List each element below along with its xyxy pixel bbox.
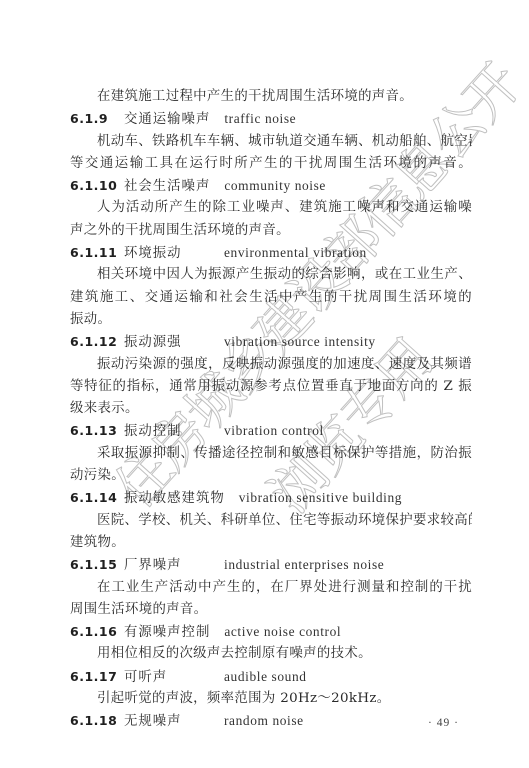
paragraph-line: 机动车、铁路机车车辆、城市轨道交通车辆、机动船舶、航空器 bbox=[70, 131, 472, 153]
term-number: 6.1.11 bbox=[70, 242, 120, 264]
term-number: 6.1.15 bbox=[70, 554, 120, 576]
term-english: vibration source intensity bbox=[224, 331, 376, 353]
paragraph-line: 建筑施工、交通运输和社会生活中产生的干扰周围生活环境的 bbox=[70, 287, 472, 309]
term-chinese: 厂界噪声 bbox=[124, 555, 224, 576]
paragraph-line: 相关环境中因人为振源产生振动的综合影响，或在工业生产、 bbox=[70, 264, 472, 286]
term-english: community noise bbox=[224, 175, 326, 197]
term-english: random noise bbox=[224, 710, 304, 732]
paragraph-line: 等交通运输工具在运行时所产生的干扰周围生活环境的声音。 bbox=[70, 153, 472, 175]
term-heading-6-1-11: 6.1.11 环境振动 environmental vibration bbox=[70, 242, 472, 264]
paragraph-line: 周围生活环境的声音。 bbox=[70, 599, 472, 621]
term-heading-6-1-12: 6.1.12 振动源强 vibration source intensity bbox=[70, 331, 472, 353]
paragraph-line: 在工业生产活动中产生的，在厂界处进行测量和控制的干扰 bbox=[70, 577, 472, 599]
paragraph-line: 在建筑施工过程中产生的干扰周围生活环境的声音。 bbox=[70, 86, 472, 108]
paragraph-line: 振动污染源的强度，反映振动源强度的加速度、速度及其频谱 bbox=[70, 354, 472, 376]
term-number: 6.1.16 bbox=[70, 621, 120, 643]
term-chinese: 振动敏感建筑物 bbox=[124, 488, 239, 509]
term-english: audible sound bbox=[224, 666, 307, 688]
term-chinese: 社会生活噪声 bbox=[124, 176, 224, 197]
term-heading-6-1-15: 6.1.15 厂界噪声 industrial enterprises noise bbox=[70, 554, 472, 576]
paragraph-line: 人为活动所产生的除工业噪声、建筑施工噪声和交通运输噪 bbox=[70, 197, 472, 219]
term-chinese: 交通运输噪声 bbox=[124, 109, 224, 130]
term-heading-6-1-16: 6.1.16 有源噪声控制 active noise control bbox=[70, 621, 472, 643]
term-number: 6.1.17 bbox=[70, 666, 120, 688]
page-number: · 49 · bbox=[428, 717, 459, 729]
paragraph-line: 级来表示。 bbox=[70, 398, 472, 420]
term-chinese: 振动控制 bbox=[124, 421, 224, 442]
term-heading-6-1-17: 6.1.17 可听声 audible sound bbox=[70, 666, 472, 688]
term-heading-6-1-18: 6.1.18 无规噪声 random noise bbox=[70, 710, 472, 732]
paragraph-line: 建筑物。 bbox=[70, 532, 472, 554]
term-chinese: 有源噪声控制 bbox=[124, 622, 224, 643]
term-heading-6-1-10: 6.1.10 社会生活噪声 community noise bbox=[70, 175, 472, 197]
paragraph-line: 用相位相反的次级声去控制原有噪声的技术。 bbox=[70, 643, 472, 665]
term-heading-6-1-14: 6.1.14 振动敏感建筑物 vibration sensitive build… bbox=[70, 487, 472, 509]
term-english: vibration control bbox=[224, 420, 324, 442]
term-heading-6-1-13: 6.1.13 振动控制 vibration control bbox=[70, 420, 472, 442]
term-heading-6-1-9: 6.1.9 交通运输噪声 traffic noise bbox=[70, 108, 472, 130]
term-chinese: 可听声 bbox=[124, 667, 224, 688]
paragraph-line: 声之外的干扰周围生活环境的声音。 bbox=[70, 220, 472, 242]
term-chinese: 无规噪声 bbox=[124, 711, 224, 732]
term-chinese: 振动源强 bbox=[124, 332, 224, 353]
term-english: industrial enterprises noise bbox=[224, 554, 384, 576]
paragraph-line: 振动。 bbox=[70, 309, 472, 331]
term-english: active noise control bbox=[224, 621, 341, 643]
term-number: 6.1.14 bbox=[70, 487, 120, 509]
paragraph-line: 引起听觉的声波，频率范围为 20Hz～20kHz。 bbox=[70, 688, 472, 710]
paragraph-line: 医院、学校、机关、科研单位、住宅等振动环境保护要求较高的 bbox=[70, 510, 472, 532]
term-english: vibration sensitive building bbox=[239, 487, 402, 509]
paragraph-line: 等特征的指标，通常用振动源参考点位置垂直于地面方向的 Z 振 bbox=[70, 376, 472, 398]
term-english: traffic noise bbox=[224, 108, 296, 130]
term-number: 6.1.13 bbox=[70, 420, 120, 442]
term-number: 6.1.10 bbox=[70, 175, 120, 197]
term-number: 6.1.18 bbox=[70, 710, 120, 732]
term-number: 6.1.9 bbox=[70, 108, 120, 130]
term-chinese: 环境振动 bbox=[124, 243, 224, 264]
paragraph-line: 采取振源抑制、传播途径控制和敏感目标保护等措施，防治振 bbox=[70, 443, 472, 465]
term-english: environmental vibration bbox=[224, 242, 367, 264]
paragraph-line: 动污染。 bbox=[70, 465, 472, 487]
term-number: 6.1.12 bbox=[70, 331, 120, 353]
document-page: 住房城乡建设部信息公开 浏览专用 在建筑施工过程中产生的干扰周围生活环境的声音。… bbox=[0, 0, 529, 768]
document-body: 在建筑施工过程中产生的干扰周围生活环境的声音。 6.1.9 交通运输噪声 tra… bbox=[70, 86, 472, 733]
